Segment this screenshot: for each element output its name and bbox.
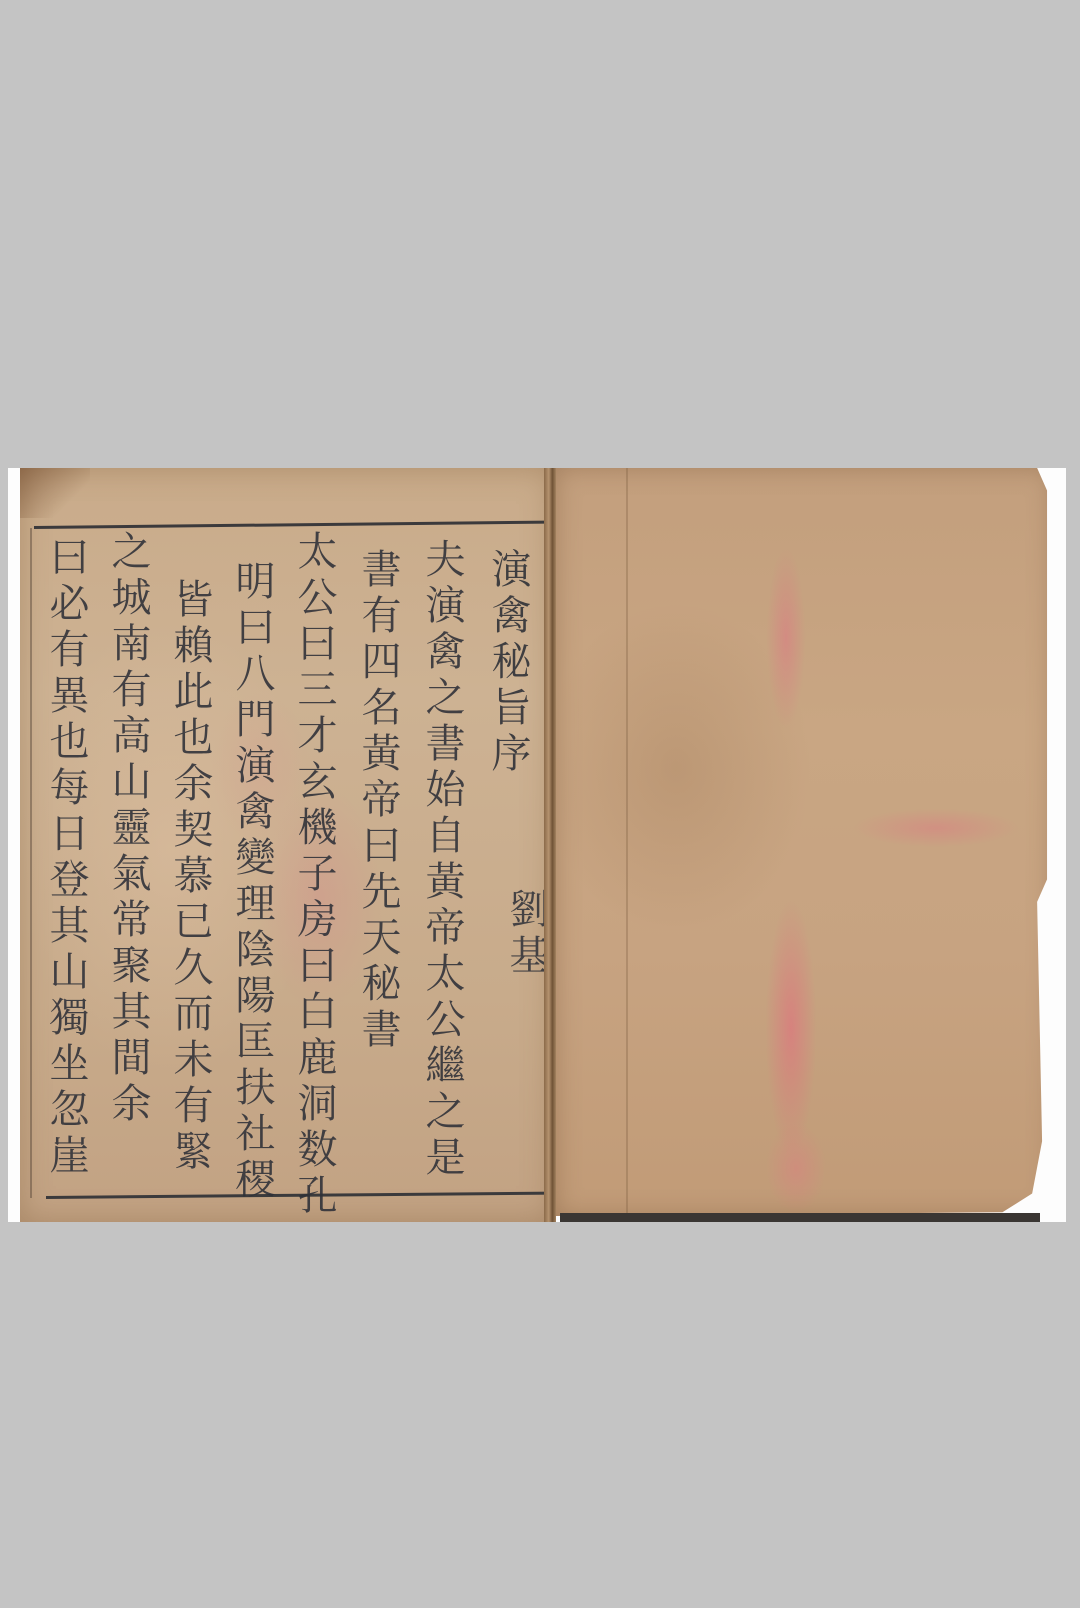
- left-page: 演禽秘旨序 劉基 夫演禽之書始自黃帝太公繼之是 書有四名黃帝曰先天秘書 太公曰三…: [20, 468, 552, 1222]
- text-column-4: 明曰八門演禽變理陰陽匡扶社稷: [232, 560, 272, 1204]
- photo-frame: 演禽秘旨序 劉基 夫演禽之書始自黃帝太公繼之是 書有四名黃帝曰先天秘書 太公曰三…: [8, 468, 1066, 1222]
- text-column-1: 夫演禽之書始自黃帝太公繼之是: [422, 538, 462, 1182]
- paper-crease: [626, 468, 628, 1216]
- text-column-2: 書有四名黃帝曰先天秘書: [358, 548, 398, 1054]
- book-spread: 演禽秘旨序 劉基 夫演禽之書始自黃帝太公繼之是 書有四名黃帝曰先天秘書 太公曰三…: [20, 468, 1072, 1222]
- text-columns: 演禽秘旨序 劉基 夫演禽之書始自黃帝太公繼之是 書有四名黃帝曰先天秘書 太公曰三…: [36, 538, 546, 1198]
- preface-title: 演禽秘旨序: [488, 548, 528, 778]
- preface-author: 劉基: [506, 888, 546, 980]
- text-column-7: 曰必有異也每日登其山獨坐忽崖: [46, 536, 86, 1180]
- right-page-blank: [556, 468, 1052, 1216]
- text-column-6: 之城南有高山靈氣常聚其間余: [108, 530, 148, 1128]
- left-border-line: [30, 528, 32, 1198]
- book-spine: [544, 468, 556, 1222]
- top-border-line: [34, 521, 546, 529]
- corner-stain: [20, 468, 90, 518]
- text-column-3: 太公曰三才玄機子房曰白鹿洞数孔: [294, 530, 334, 1220]
- text-column-5: 皆賴此也余契慕已久而未有緊: [170, 578, 210, 1176]
- page-shadow: [560, 1213, 1040, 1222]
